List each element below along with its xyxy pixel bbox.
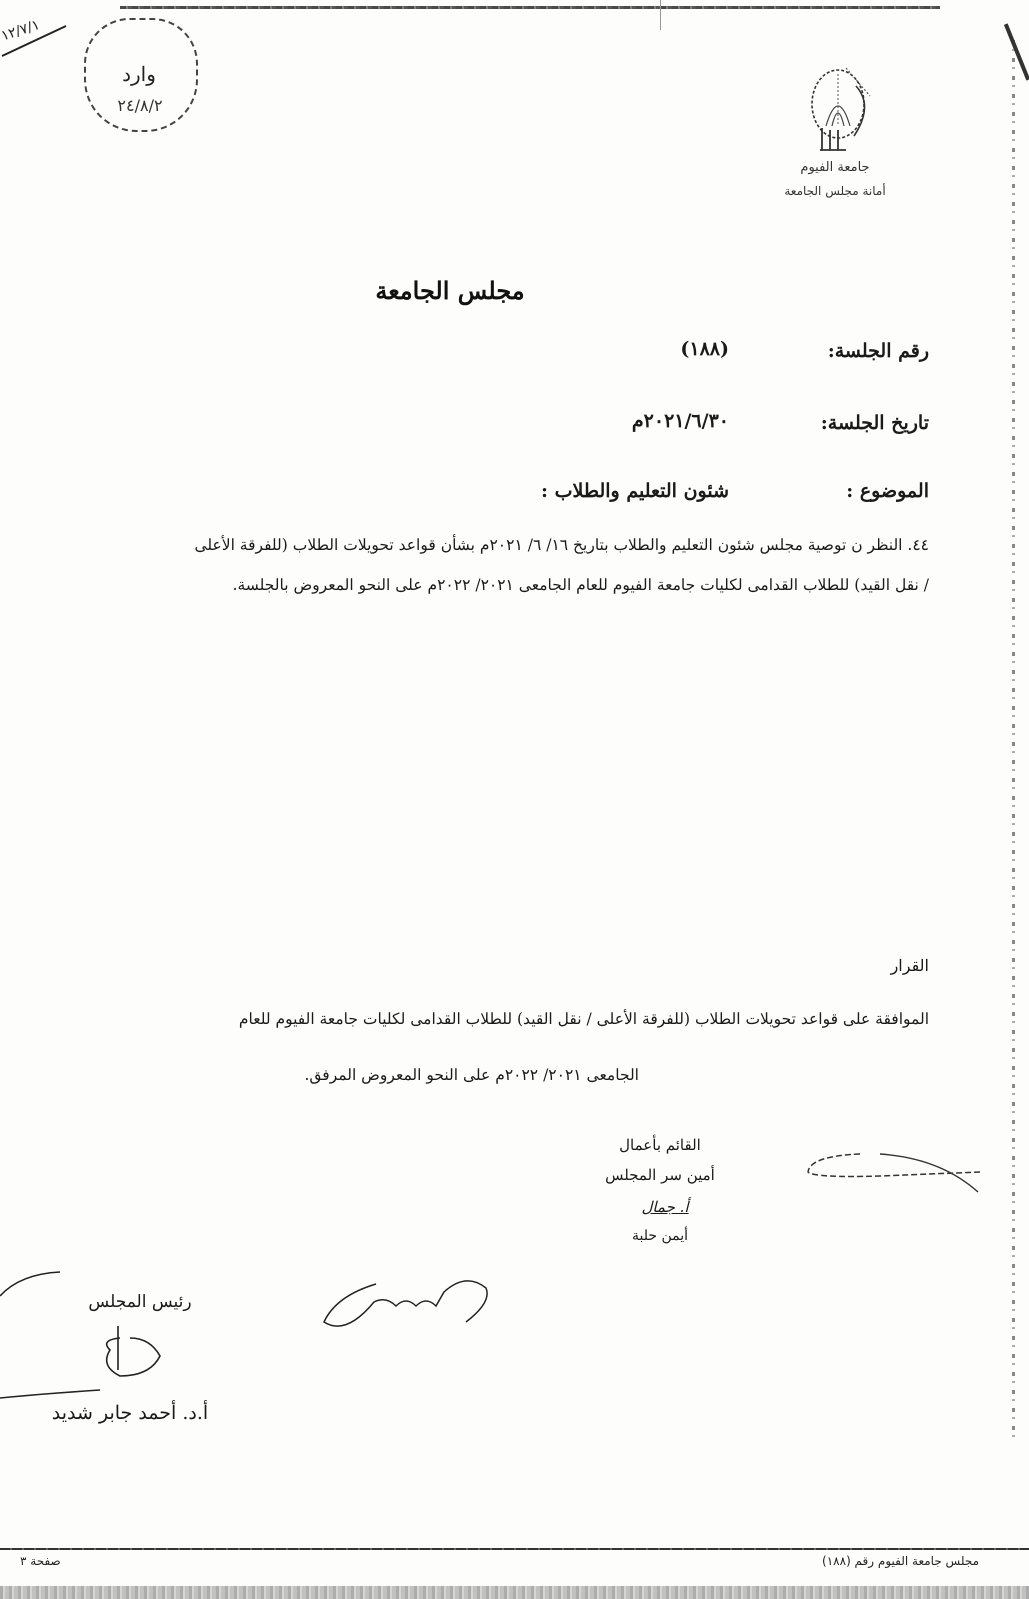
decision-heading: القرار [809,956,929,975]
secretary-name: أيمن حلبة [580,1228,740,1244]
decision-line-1: الموافقة على قواعد تحويلات الطلاب (للفرق… [0,1010,929,1028]
agenda-item-line-2: / نقل القيد) للطلاب القدامى لكليات جامعة… [0,576,929,594]
secretary-signature: أ. جمال [600,1198,730,1216]
session-number-label: رقم الجلسة: [769,340,929,362]
university-name: جامعة الفيوم [760,160,910,175]
secretary-title-line-1: القائم بأعمال [580,1136,740,1154]
footer-rule [0,1548,1029,1550]
session-number-value: (١٨٨) [549,338,729,360]
footer-session-ref: مجلس جامعة الفيوم رقم (١٨٨) [739,1554,979,1568]
president-signature-icon [0,1266,200,1416]
stamp-date: ٢٤/٨/٢ [100,96,180,115]
handwritten-signature-icon [800,1148,990,1198]
subject-label: الموضوع : [769,480,929,502]
session-date-label: تاريخ الجلسة: [769,412,929,434]
stamp-text: وارد [94,62,184,86]
session-date-value: ٢٠٢١/٦/٣٠م [549,410,729,432]
agenda-item-line-1: ٤٤. النظر ن توصية مجلس شئون التعليم والط… [0,536,929,554]
handwritten-signature-icon [316,1266,496,1336]
document-title: مجلس الجامعة [330,276,570,305]
handwritten-stroke-icon [0,20,70,60]
footer-page-number: صفحة ٣ [20,1554,140,1568]
decision-line-2: الجامعى ٢٠٢١/ ٢٠٢٢م على النحو المعروض ال… [19,1066,639,1084]
department-name: أمانة مجلس الجامعة [760,184,910,198]
scan-bottom-band [0,1586,1029,1599]
secretary-title-line-2: أمين سر المجلس [580,1166,740,1184]
scan-fold-line [660,0,661,30]
subject-value: شئون التعليم والطلاب : [469,480,729,502]
scan-right-edge [1012,40,1015,1440]
president-name: أ.د. أحمد جابر شديد [20,1402,240,1424]
university-logo-icon [796,66,886,156]
scan-top-rule [120,6,940,9]
scan-right-slash [1004,23,1029,80]
